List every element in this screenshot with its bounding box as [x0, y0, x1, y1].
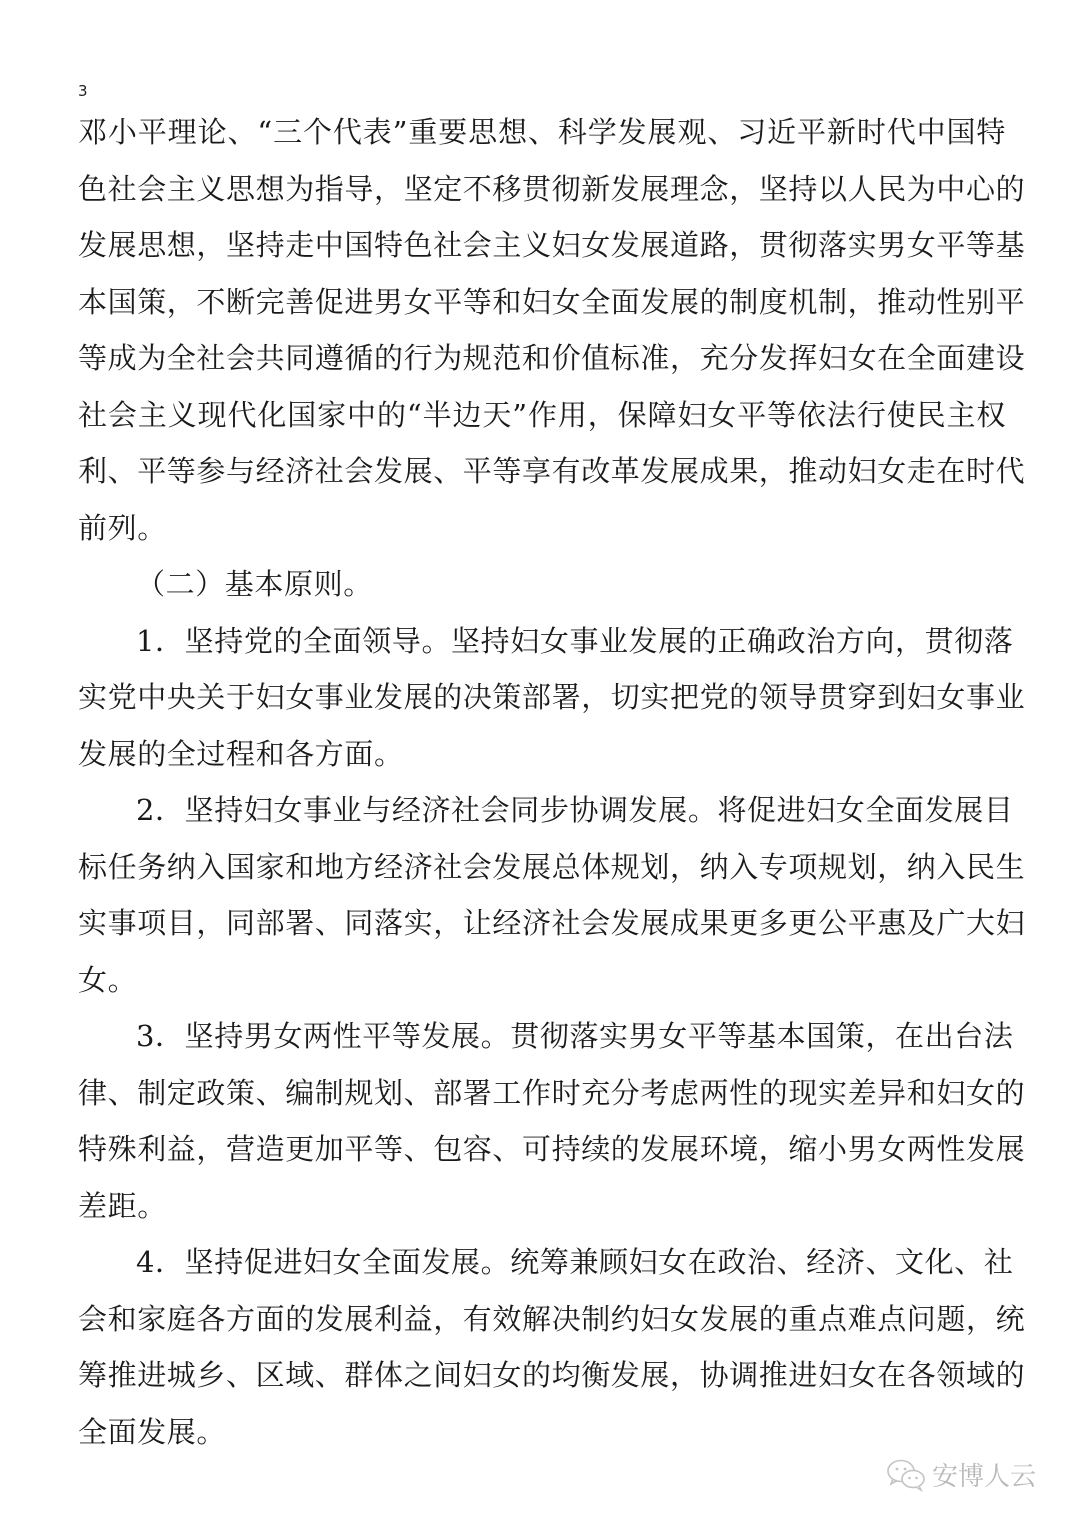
text-line: 女。 [78, 952, 1006, 1009]
text-line: 利、平等参与经济社会发展、平等享有改革发展成果，推动妇女走在时代 [78, 443, 1006, 500]
text-line: 标任务纳入国家和地方经济社会发展总体规划，纳入专项规划，纳入民生 [78, 839, 1006, 896]
text-line: 发展思想，坚持走中国特色社会主义妇女发展道路，贯彻落实男女平等基 [78, 217, 1006, 274]
text-line: 4．坚持促进妇女全面发展。统筹兼顾妇女在政治、经济、文化、社 [78, 1234, 1006, 1291]
text-line: 筹推进城乡、区域、群体之间妇女的均衡发展，协调推进妇女在各领域的 [78, 1347, 1006, 1404]
wechat-icon [886, 1458, 926, 1492]
watermark: 安博人云 [886, 1456, 1036, 1493]
document-body: 邓小平理论、“三个代表”重要思想、科学发展观、习近平新时代中国特 色社会主义思想… [78, 104, 1006, 1460]
text-line: 前列。 [78, 500, 1006, 557]
text-line: 等成为全社会共同遵循的行为规范和价值标准，充分发挥妇女在全面建设 [78, 330, 1006, 387]
text-line: 社会主义现代化国家中的“半边天”作用，保障妇女平等依法行使民主权 [78, 387, 1006, 444]
text-line: 1．坚持党的全面领导。坚持妇女事业发展的正确政治方向，贯彻落 [78, 613, 1006, 670]
text-line: 律、制定政策、编制规划、部署工作时充分考虑两性的现实差异和妇女的 [78, 1065, 1006, 1122]
text-line: 特殊利益，营造更加平等、包容、可持续的发展环境，缩小男女两性发展 [78, 1121, 1006, 1178]
paragraph-principle-2: 2．坚持妇女事业与经济社会同步协调发展。将促进妇女全面发展目 标任务纳入国家和地… [78, 782, 1006, 1008]
text-line: 色社会主义思想为指导，坚定不移贯彻新发展理念，坚持以人民为中心的 [78, 161, 1006, 218]
text-line: 3．坚持男女两性平等发展。贯彻落实男女平等基本国策，在出台法 [78, 1008, 1006, 1065]
text-line: 会和家庭各方面的发展利益，有效解决制约妇女发展的重点难点问题，统 [78, 1291, 1006, 1348]
paragraph-guiding-ideology: 邓小平理论、“三个代表”重要思想、科学发展观、习近平新时代中国特 色社会主义思想… [78, 104, 1006, 556]
text-line: 实事项目，同部署、同落实，让经济社会发展成果更多更公平惠及广大妇 [78, 895, 1006, 952]
section-heading-basic-principles: （二）基本原则。 [78, 556, 1006, 613]
heading-text: （二）基本原则。 [78, 556, 1006, 613]
text-line: 全面发展。 [78, 1404, 1006, 1461]
paragraph-principle-3: 3．坚持男女两性平等发展。贯彻落实男女平等基本国策，在出台法 律、制定政策、编制… [78, 1008, 1006, 1234]
text-line: 实党中央关于妇女事业发展的决策部署，切实把党的领导贯穿到妇女事业 [78, 669, 1006, 726]
text-line: 差距。 [78, 1178, 1006, 1235]
text-line: 2．坚持妇女事业与经济社会同步协调发展。将促进妇女全面发展目 [78, 782, 1006, 839]
watermark-text: 安博人云 [932, 1456, 1036, 1493]
paragraph-principle-4: 4．坚持促进妇女全面发展。统筹兼顾妇女在政治、经济、文化、社 会和家庭各方面的发… [78, 1234, 1006, 1460]
text-line: 发展的全过程和各方面。 [78, 726, 1006, 783]
paragraph-principle-1: 1．坚持党的全面领导。坚持妇女事业发展的正确政治方向，贯彻落 实党中央关于妇女事… [78, 613, 1006, 783]
text-line: 本国策，不断完善促进男女平等和妇女全面发展的制度机制，推动性别平 [78, 274, 1006, 331]
page-number: 3 [78, 82, 88, 100]
text-line: 邓小平理论、“三个代表”重要思想、科学发展观、习近平新时代中国特 [78, 104, 1006, 161]
